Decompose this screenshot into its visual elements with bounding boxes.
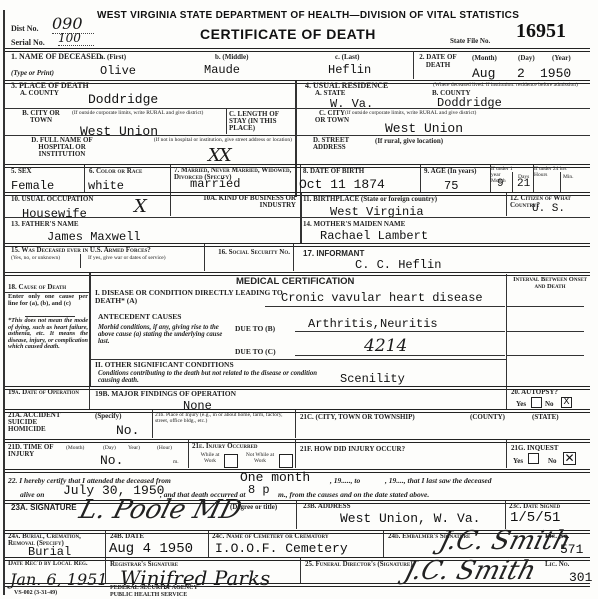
funeral-director-signature: J.C. Smith <box>401 556 539 586</box>
serial-label: Serial No. <box>11 39 45 46</box>
cause-note: *This does not mean the mode of dying, s… <box>8 318 88 351</box>
autopsy-no-label: No <box>545 401 554 408</box>
death-city-note: (If outside corporate limits, write RURA… <box>72 110 222 116</box>
part1-label: I. DISEASE OR CONDITION DIRECTLY LEADING… <box>95 289 295 305</box>
last-name: Heflin <box>328 63 371 77</box>
burial-date-label: 24b. DATE <box>110 533 144 540</box>
hospital-label: d. FULL NAME OF HOSPITAL OR INSTITUTION <box>22 137 102 158</box>
address-label: 23b. ADDRESS <box>303 503 350 510</box>
accident-specify: (Specify) <box>95 413 121 420</box>
res-street-label: d. STREET ADDRESS <box>313 137 353 151</box>
signature-label: 23a. SIGNATURE <box>11 504 77 511</box>
business-label: 10a. KIND OF BUSINESS OR INDUSTRY <box>174 195 296 209</box>
ssn-label: 16. Social Security No. <box>208 248 290 257</box>
length-of-stay-label: c. LENGTH OF STAY (in this place) <box>229 111 293 132</box>
item2-label: 2. DATE OF DEATH <box>418 53 458 69</box>
form-number: VS-002 (3-31-49) <box>14 590 57 597</box>
citizen-value: U. S. <box>532 203 565 215</box>
item4-label: 4. USUAL RESIDENCE <box>305 82 388 89</box>
cause-a: Cronic vavular heart disease <box>281 291 483 305</box>
alive-on-label: alive on <box>20 491 44 499</box>
autopsy-yes-label: Yes <box>516 401 526 408</box>
injury-state-label: (STATE) <box>532 414 559 421</box>
inquest-label: 21g. INQUEST <box>511 445 558 452</box>
death-certificate: Dist No. 090 Serial No. 100 WEST VIRGINI… <box>0 0 598 599</box>
age-days: 21 <box>517 178 530 190</box>
date-received-label: Date Rec'd by Local Reg. <box>8 560 98 567</box>
death-county-label: a. COUNTY <box>20 90 59 97</box>
not-while-at-work-checkbox[interactable] <box>279 454 293 468</box>
marital-value: married <box>190 177 240 191</box>
mother-label: 14. MOTHER'S MAIDEN NAME <box>303 221 405 228</box>
item3-label: 3. PLACE OF DEATH <box>11 82 89 89</box>
federal-agency: FEDERAL SECURITY AGENCY <box>110 585 198 592</box>
accident-label: 21a. ACCIDENT SUICIDE HOMICIDE <box>8 412 68 433</box>
race-label: 6. Color or Race <box>89 168 142 175</box>
race-value: white <box>88 179 124 193</box>
state-file-label: State File No. <box>450 38 490 45</box>
occupation-mark: X <box>134 196 147 217</box>
mother-value: Rachael Lambert <box>320 229 428 243</box>
age-label: 9. AGE (In years) <box>424 168 477 175</box>
death-county: Doddridge <box>88 92 158 107</box>
last-name-label: c. (Last) <box>335 54 360 61</box>
injury-day-label: (Day) <box>103 445 116 451</box>
sex-label: 5. SEX <box>11 168 32 175</box>
dob-value: Oct 11 1874 <box>299 177 385 192</box>
part2-label: II. OTHER SIGNIFICANT CONDITIONS <box>95 361 234 368</box>
armed-forces-label: 15. Was Deceased ever in U.S. Armed Forc… <box>11 247 201 254</box>
while-at-work-label: While at Work <box>196 452 224 464</box>
cause-b: Arthritis,Neuritis <box>308 317 438 331</box>
birthplace-label: 11. BIRTHPLACE (State or foreign country… <box>303 196 437 203</box>
cause-c: 4214 <box>364 336 407 356</box>
address-value: West Union, W. Va. <box>340 511 480 526</box>
armed-forces-sublabel2: If yes, give war or dates of service) <box>88 255 166 261</box>
cemetery-label: 24c. Name of Cemetery or Crematory <box>212 533 352 540</box>
burial-date-value: Aug 4 1950 <box>109 541 193 557</box>
death-day: 2 <box>517 66 525 81</box>
left-border <box>3 10 5 595</box>
certify-text-5: m., from the causes and on the date stat… <box>278 491 429 499</box>
item4-note: (Where deceased lived. If institution: r… <box>433 82 593 88</box>
injury-occurred-label: 21e. Injury Occurred <box>192 443 258 450</box>
father-value: James Maxwell <box>47 230 141 244</box>
armed-forces-sublabel1: (Yes, no, or unknown) <box>11 255 60 261</box>
part2-value: Scenility <box>340 372 405 386</box>
death-year: 1950 <box>540 66 571 81</box>
funeral-director-label: 25. Funeral Director's (Signature) <box>305 561 413 568</box>
res-street-note: (If rural, give location) <box>375 138 443 145</box>
inquest-yes-checkbox[interactable] <box>528 453 539 464</box>
death-day-label: (Day) <box>518 55 535 62</box>
date-signed-label: 23c. Date Signed <box>509 503 560 510</box>
res-city-note: (If outside corporate limits, write RURA… <box>345 110 585 116</box>
embalmer-signature: J.C. Smith <box>436 526 574 556</box>
medical-title: MEDICAL CERTIFICATION <box>236 278 354 285</box>
dob-label: 8. DATE OF BIRTH <box>303 168 364 175</box>
age-months: 9 <box>497 178 504 190</box>
death-year-label: (Year) <box>552 55 571 62</box>
agency-heading: WEST VIRGINIA STATE DEPARTMENT OF HEALTH… <box>97 10 519 21</box>
funeral-lic-label: Lic. No. <box>545 561 569 568</box>
father-label: 13. FATHER'S NAME <box>11 221 79 228</box>
item1-label: 1. NAME OF DECEASED <box>11 53 102 60</box>
injury-time-label: 21d. TIME OF INJURY <box>8 444 68 458</box>
first-name-label: a. (First) <box>100 54 126 61</box>
due-to-c-label: DUE TO (c) <box>235 348 276 355</box>
informant-value: C. C. Heflin <box>355 258 441 272</box>
middle-name: Maude <box>204 63 240 77</box>
inquest-no-checkbox[interactable]: ✕ <box>563 452 576 465</box>
physician-signature: L. Poole MD <box>76 495 245 525</box>
due-to-b-label: DUE TO (b) <box>235 325 275 332</box>
autopsy-no-checkbox[interactable]: X <box>561 397 572 408</box>
serial-no: 100 <box>58 31 94 46</box>
first-name: Olive <box>100 64 136 78</box>
not-while-at-work-label: Not While at Work <box>243 452 277 464</box>
inquest-no-label: No <box>548 458 557 465</box>
certificate-title: CERTIFICATE OF DEATH <box>200 26 376 42</box>
certify-text-2: , 19....., to <box>330 477 360 485</box>
death-time: 8 p <box>248 483 270 497</box>
public-health-service: PUBLIC HEALTH SERVICE <box>110 592 187 599</box>
place-of-injury-label: 21b. Place of Injury (e.g., in or about … <box>155 412 295 424</box>
hospital-value: XX <box>208 145 230 166</box>
inquest-yes-label: Yes <box>513 458 523 465</box>
injury-time-value: No. <box>100 453 123 468</box>
death-city-label: b. CITY OR TOWN <box>22 110 60 124</box>
state-file-no: 16951 <box>516 20 566 43</box>
cause-instructions: Enter only one cause per line for (a), (… <box>8 294 88 307</box>
part2-note: Conditions contributing to the death but… <box>98 370 318 384</box>
how-injury-label: 21f. HOW DID INJURY OCCUR? <box>300 446 405 453</box>
middle-name-label: b. (Middle) <box>215 54 248 61</box>
accident-value: No. <box>116 423 139 438</box>
injury-city-label: 21c. (CITY, TOWN OR TOWNSHIP) <box>300 414 415 421</box>
injury-month-label: (Month) <box>66 445 84 451</box>
age-value: 75 <box>444 179 458 193</box>
sex-value: Female <box>11 179 54 193</box>
injury-year-label: Year) <box>128 445 140 451</box>
antecedent-label: ANTECEDENT CAUSES <box>98 313 181 320</box>
injury-m-label: m. <box>173 459 179 465</box>
autopsy-yes-checkbox[interactable] <box>531 397 542 408</box>
death-month: Aug <box>472 66 495 81</box>
operation-findings-label: 19b. MAJOR FINDINGS OF OPERATION <box>95 390 236 397</box>
age-min-label: Min. <box>563 174 574 180</box>
autopsy-label: 20. AUTOPSY? <box>511 389 558 396</box>
informant-label: 17. INFORMANT <box>303 250 364 257</box>
antecedent-note: Morbid conditions, if any, giving rise t… <box>98 324 228 345</box>
cemetery-value: I.O.O.F. Cemetery <box>215 541 348 556</box>
death-month-label: (Month) <box>472 55 497 62</box>
occupation-value: Housewife <box>22 207 87 221</box>
item1-sublabel: (Type or Print) <box>11 69 54 77</box>
res-city: West Union <box>385 121 463 136</box>
injury-hour-label: (Hour) <box>157 445 172 451</box>
interval-label: Interval Between Onset and Death <box>510 276 590 290</box>
operation-date-label: 19a. Date of Operation <box>8 389 88 396</box>
certify-text-3: , 19...., that I last saw the deceased <box>385 477 491 485</box>
date-signed-value: 1/5/51 <box>510 510 560 526</box>
injury-county-label: (COUNTY) <box>470 414 505 421</box>
hospital-note: (If not in hospital or institution, give… <box>120 137 292 143</box>
degree-label: (Degree or title) <box>230 504 277 511</box>
dist-label: Dist No. <box>11 25 39 32</box>
cause-label: 18. Cause of Death <box>8 284 66 291</box>
res-state-label: a. STATE <box>315 90 345 97</box>
occupation-label: 10. USUAL OCCUPATION <box>11 196 93 203</box>
while-at-work-checkbox[interactable] <box>224 454 238 468</box>
